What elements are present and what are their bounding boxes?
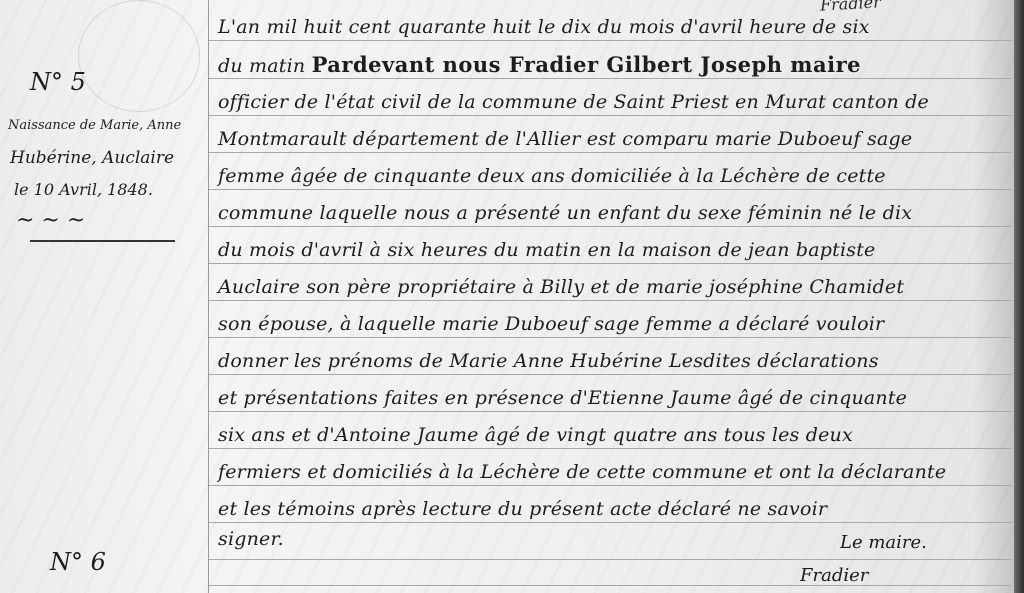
- next-entry-number: N° 6: [50, 548, 106, 576]
- mayor-signature: Fradier: [800, 565, 868, 586]
- body-line-3: officier de l'état civil de la commune d…: [218, 91, 929, 113]
- register-page: Fradier N° 5 Naissance de Marie, Anne Hu…: [0, 0, 1024, 593]
- header-signature: Fradier: [820, 0, 882, 15]
- body-line-11: et présentations faites en présence d'Et…: [218, 387, 907, 409]
- body-line-12: six ans et d'Antoine Jaume âgé de vingt …: [218, 424, 853, 446]
- ruled-line: [209, 374, 1012, 375]
- body-line-9: son épouse, à laquelle marie Duboeuf sag…: [218, 313, 884, 335]
- body-line-6: commune laquelle nous a présenté un enfa…: [218, 202, 912, 224]
- margin-flourish: ~ ~ ~: [16, 208, 85, 233]
- body-line-14: et les témoins après lecture du présent …: [218, 498, 827, 520]
- ruled-line: [209, 115, 1012, 116]
- body-line-2: du matin Pardevant nous Fradier Gilbert …: [218, 52, 861, 77]
- faded-seal-stamp: [78, 0, 200, 112]
- ruled-line: [209, 559, 1012, 560]
- body-line-10: donner les prénoms de Marie Anne Hubérin…: [218, 350, 879, 372]
- ruled-line: [209, 78, 1012, 79]
- ruled-line: [209, 585, 1012, 586]
- margin-separator: [30, 240, 175, 242]
- ruled-line: [209, 226, 1012, 227]
- officer-name: Pardevant nous Fradier Gilbert Joseph ma…: [312, 52, 861, 77]
- ruled-line: [209, 263, 1012, 264]
- ruled-line: [209, 448, 1012, 449]
- body-line-5: femme âgée de cinquante deux ans domicil…: [218, 165, 886, 187]
- body-line-1: L'an mil huit cent quarante huit le dix …: [218, 16, 870, 38]
- margin-note-line-3: le 10 Avril, 1848.: [14, 180, 153, 199]
- ruled-line: [209, 189, 1012, 190]
- margin-rule: [208, 0, 209, 593]
- ruled-line: [209, 40, 1012, 41]
- closing-title: Le maire.: [840, 532, 927, 553]
- body-line-15: signer.: [218, 528, 284, 550]
- ruled-line: [209, 152, 1012, 153]
- margin-note-line-2: Hubérine, Auclaire: [10, 148, 174, 168]
- ruled-line: [209, 300, 1012, 301]
- margin-note-line-1: Naissance de Marie, Anne: [8, 118, 181, 133]
- ruled-line: [209, 411, 1012, 412]
- body-line-13: fermiers et domiciliés à la Léchère de c…: [218, 461, 946, 483]
- body-line-8: Auclaire son père propriétaire à Billy e…: [218, 276, 904, 298]
- ruled-line: [209, 485, 1012, 486]
- entry-number: N° 5: [30, 68, 86, 96]
- page-binding-edge: [1014, 0, 1024, 593]
- ruled-line: [209, 522, 1012, 523]
- body-line-4: Montmarault département de l'Allier est …: [218, 128, 912, 150]
- body-line-2-pre: du matin: [218, 55, 312, 77]
- ruled-line: [209, 337, 1012, 338]
- body-line-7: du mois d'avril à six heures du matin en…: [218, 239, 875, 261]
